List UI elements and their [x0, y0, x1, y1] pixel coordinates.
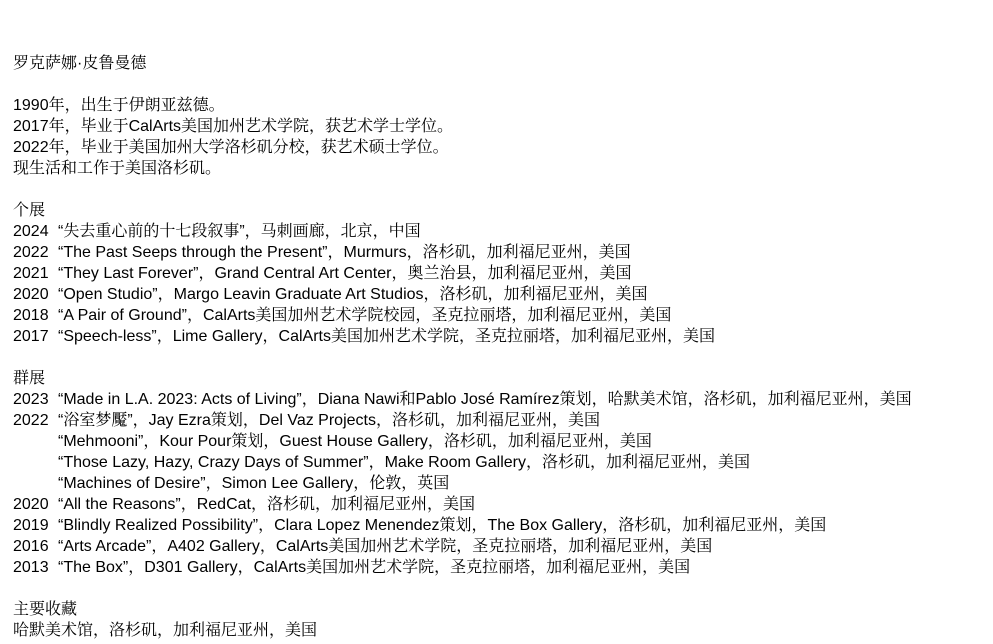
- entry-text: “浴室梦魘”，Jay Ezra策划，Del Vaz Projects，洛杉矶，加…: [58, 412, 600, 429]
- exhibition-entry: 2016“Arts Arcade”，A402 Gallery，CalArts美国…: [13, 536, 983, 557]
- exhibition-entry: 2022“浴室梦魘”，Jay Ezra策划，Del Vaz Projects，洛…: [13, 410, 983, 431]
- bio-line: 现生活和工作于美国洛杉矶。: [13, 158, 983, 179]
- section-group-exhibitions: 群展2023“Made in L.A. 2023: Acts of Living…: [13, 368, 983, 578]
- entry-year: 2024: [13, 221, 58, 242]
- entry-year: 2016: [13, 536, 58, 557]
- entry-year: 2022: [13, 242, 58, 263]
- artist-name: 罗克萨娜·皮鲁曼德: [13, 53, 983, 74]
- exhibition-sections: 个展2024“失去重心前的十七段叙事”，马刺画廊，北京，中国2022“The P…: [13, 200, 983, 641]
- entry-text: “The Box”，D301 Gallery，CalArts美国加州艺术学院，圣…: [58, 559, 690, 576]
- entry-text: “All the Reasons”，RedCat，洛杉矶，加利福尼亚州，美国: [58, 496, 475, 513]
- entry-year: 2023: [13, 389, 58, 410]
- bio-line: 1990年，出生于伊朗亚兹德。: [13, 95, 983, 116]
- entry-year: 2019: [13, 515, 58, 536]
- entry-text: “Made in L.A. 2023: Acts of Living”，Dian…: [58, 391, 912, 408]
- exhibition-entry: “Mehmooni”，Kour Pour策划，Guest House Galle…: [13, 431, 983, 452]
- entry-year: 2022: [13, 410, 58, 431]
- entry-text: “失去重心前的十七段叙事”，马刺画廊，北京，中国: [58, 223, 421, 240]
- entry-year: 2021: [13, 263, 58, 284]
- section-solo-exhibitions: 个展2024“失去重心前的十七段叙事”，马刺画廊，北京，中国2022“The P…: [13, 200, 983, 347]
- entry-text: “They Last Forever”，Grand Central Art Ce…: [58, 265, 631, 282]
- bio-block: 1990年，出生于伊朗亚兹德。2017年，毕业于CalArts美国加州艺术学院，…: [13, 95, 983, 179]
- entry-text: “Those Lazy, Hazy, Crazy Days of Summer”…: [58, 454, 750, 471]
- exhibition-entry: 哈默美术馆，洛杉矶，加利福尼亚州，美国: [13, 620, 983, 641]
- entry-text: “Speech-less”，Lime Gallery，CalArts美国加州艺术…: [58, 328, 715, 345]
- exhibition-entry: 2020“Open Studio”，Margo Leavin Graduate …: [13, 284, 983, 305]
- entry-text: 哈默美术馆，洛杉矶，加利福尼亚州，美国: [13, 622, 317, 639]
- section-heading: 个展: [13, 200, 983, 221]
- entry-text: “Blindly Realized Possibility”，Clara Lop…: [58, 517, 826, 534]
- exhibition-entry: 2013“The Box”，D301 Gallery，CalArts美国加州艺术…: [13, 557, 983, 578]
- exhibition-entry: 2023“Made in L.A. 2023: Acts of Living”，…: [13, 389, 983, 410]
- bio-line: 2017年，毕业于CalArts美国加州艺术学院，获艺术学士学位。: [13, 116, 983, 137]
- entry-year: 2013: [13, 557, 58, 578]
- entry-text: “Mehmooni”，Kour Pour策划，Guest House Galle…: [58, 433, 652, 450]
- exhibition-entry: “Machines of Desire”，Simon Lee Gallery，伦…: [13, 473, 983, 494]
- exhibition-entry: 2021“They Last Forever”，Grand Central Ar…: [13, 263, 983, 284]
- entry-text: “A Pair of Ground”，CalArts美国加州艺术学院校园，圣克拉…: [58, 307, 671, 324]
- exhibition-entry: 2024“失去重心前的十七段叙事”，马刺画廊，北京，中国: [13, 221, 983, 242]
- exhibition-entry: 2017“Speech-less”，Lime Gallery，CalArts美国…: [13, 326, 983, 347]
- entry-text: “Machines of Desire”，Simon Lee Gallery，伦…: [58, 475, 449, 492]
- exhibition-entry: “Those Lazy, Hazy, Crazy Days of Summer”…: [13, 452, 983, 473]
- entry-year: 2018: [13, 305, 58, 326]
- entry-text: “The Past Seeps through the Present”，Mur…: [58, 244, 631, 261]
- section-heading: 群展: [13, 368, 983, 389]
- exhibition-entry: 2018“A Pair of Ground”，CalArts美国加州艺术学院校园…: [13, 305, 983, 326]
- entry-text: “Open Studio”，Margo Leavin Graduate Art …: [58, 286, 648, 303]
- entry-year: 2020: [13, 284, 58, 305]
- exhibition-entry: 2022“The Past Seeps through the Present”…: [13, 242, 983, 263]
- exhibition-entry: 2020“All the Reasons”，RedCat，洛杉矶，加利福尼亚州，…: [13, 494, 983, 515]
- section-collections: 主要收藏哈默美术馆，洛杉矶，加利福尼亚州，美国: [13, 599, 983, 641]
- entry-year: 2017: [13, 326, 58, 347]
- entry-year: 2020: [13, 494, 58, 515]
- entry-text: “Arts Arcade”，A402 Gallery，CalArts美国加州艺术…: [58, 538, 712, 555]
- exhibition-entry: 2019“Blindly Realized Possibility”，Clara…: [13, 515, 983, 536]
- cv-document: 罗克萨娜·皮鲁曼德 1990年，出生于伊朗亚兹德。2017年，毕业于CalArt…: [0, 0, 993, 644]
- section-heading: 主要收藏: [13, 599, 983, 620]
- bio-line: 2022年，毕业于美国加州大学洛杉矶分校，获艺术硕士学位。: [13, 137, 983, 158]
